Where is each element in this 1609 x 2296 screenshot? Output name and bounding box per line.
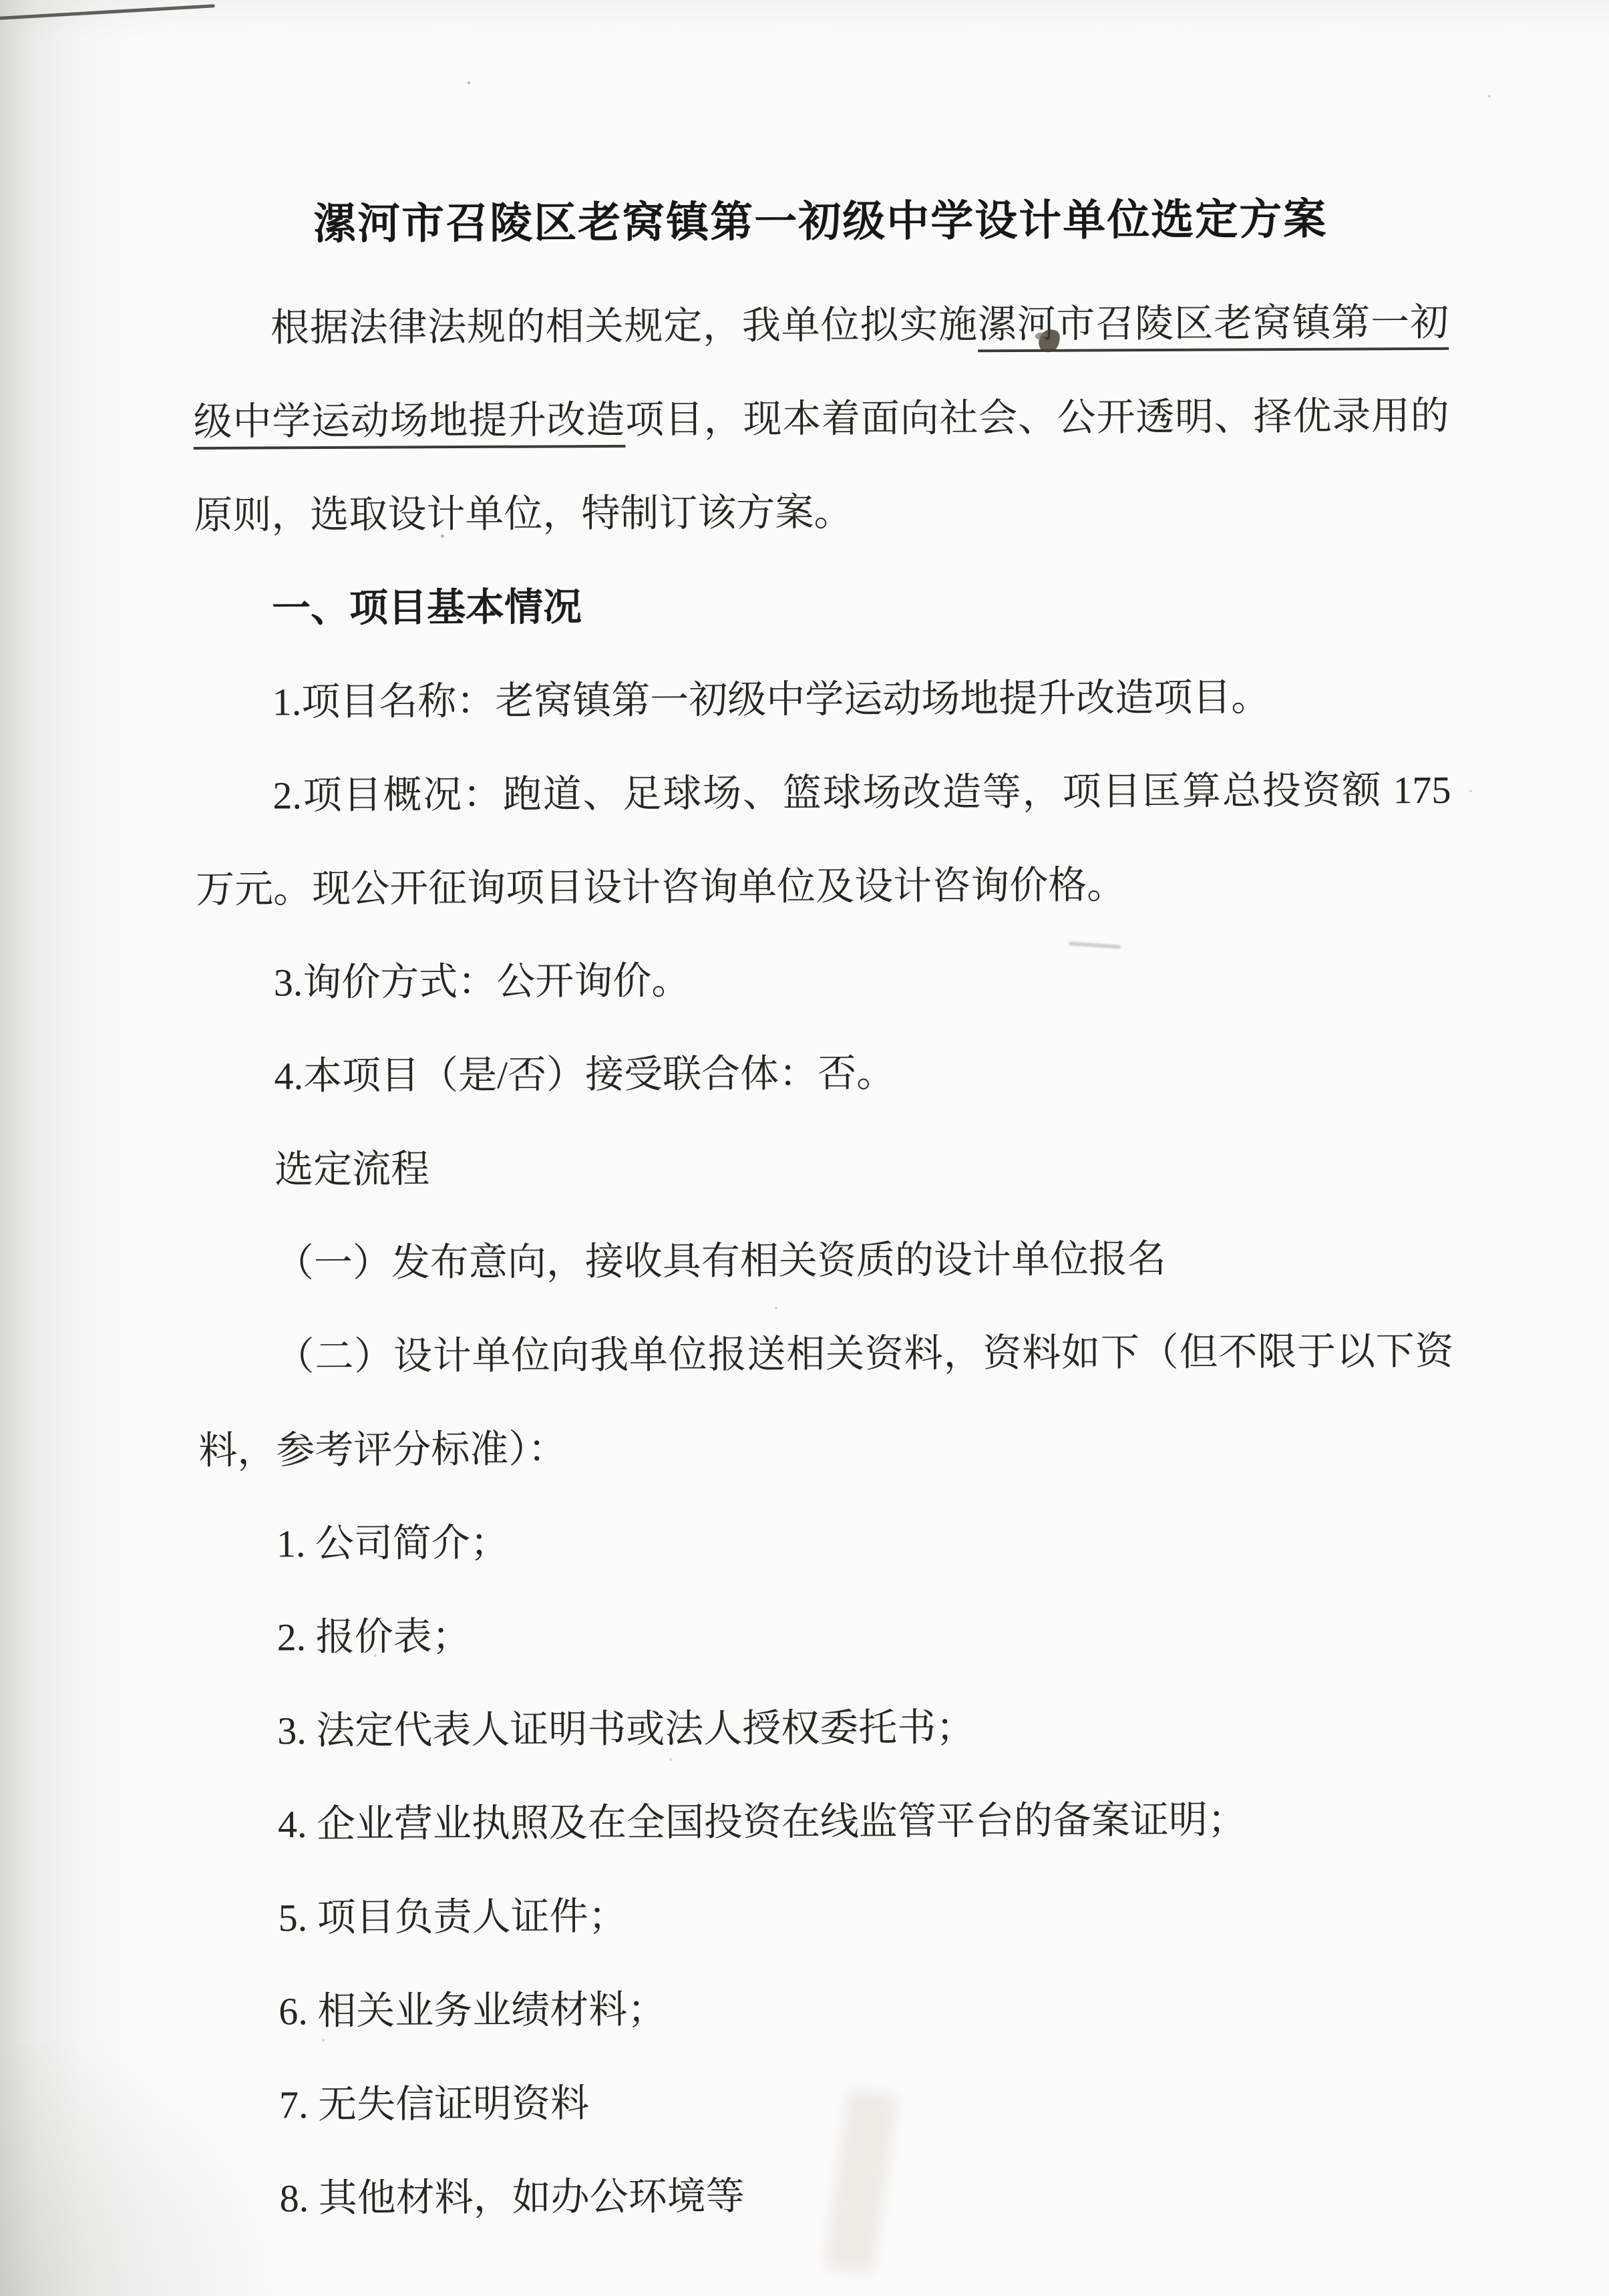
intro-paragraph: 根据法律法规的相关规定，我单位拟实施漯河市召陵区老窝镇第一初级中学运动场地提升改… xyxy=(193,276,1450,562)
material-item-legal-rep-cert: 3. 法定代表人证明书或法人授权委托书； xyxy=(200,1679,1456,1778)
material-item-manager-cert: 5. 项目负责人证件； xyxy=(200,1866,1457,1965)
section1-item-project-overview: 2.项目概况：跑道、足球场、篮球场改造等，项目匡算总投资额 175 万元。现公开… xyxy=(195,744,1451,937)
dust-speck xyxy=(441,534,444,538)
dust-speck xyxy=(775,1307,777,1309)
material-item-business-license: 4. 企业营业执照及在全国投资在线监管平台的备案证明； xyxy=(200,1772,1457,1872)
dust-speck xyxy=(669,1758,672,1761)
dust-speck xyxy=(1469,790,1472,792)
process-heading: 选定流程 xyxy=(197,1118,1453,1217)
material-item-performance: 6. 相关业务业绩材料； xyxy=(201,1959,1457,2059)
process-step-2: （二）设计单位向我单位报送相关资料，资料如下（但不限于以下资料，参考评分标准）： xyxy=(198,1305,1454,1498)
document-title: 漯河市召陵区老窝镇第一初级中学设计单位选定方案 xyxy=(192,182,1449,262)
section1-item-inquiry-method: 3.询价方式：公开询价。 xyxy=(196,931,1452,1030)
dust-speck xyxy=(322,2039,325,2041)
scan-edge-shading-top xyxy=(0,0,1609,40)
dust-speck xyxy=(1396,1347,1399,1349)
scanned-document-page: 漯河市召陵区老窝镇第一初级中学设计单位选定方案 根据法律法规的相关规定，我单位拟… xyxy=(0,0,1609,2296)
process-step-1: （一）发布意向，接收具有相关资质的设计单位报名 xyxy=(198,1211,1454,1311)
dust-speck xyxy=(1488,95,1491,98)
scan-corner-line xyxy=(0,4,215,21)
section1-heading: 一、项目基本情况 xyxy=(194,556,1451,656)
document-content: 漯河市召陵区老窝镇第一初级中学设计单位选定方案 根据法律法规的相关规定，我单位拟… xyxy=(192,182,1458,2246)
dust-speck xyxy=(374,1654,377,1657)
dust-speck xyxy=(468,81,470,84)
scan-edge-shading-left xyxy=(0,0,160,2296)
material-item-company-profile: 1. 公司简介； xyxy=(199,1492,1455,1591)
material-item-quotation: 2. 报价表； xyxy=(199,1585,1455,1685)
material-item-credit-proof: 7. 无失信证明资料 xyxy=(202,2053,1458,2152)
intro-text-pre: 根据法律法规的相关规定，我单位拟实施 xyxy=(271,303,978,349)
section1-item-consortium: 4.本项目（是/否）接受联合体：否。 xyxy=(196,1024,1453,1124)
section1-item-project-name: 1.项目名称：老窝镇第一初级中学运动场地提升改造项目。 xyxy=(194,650,1451,750)
